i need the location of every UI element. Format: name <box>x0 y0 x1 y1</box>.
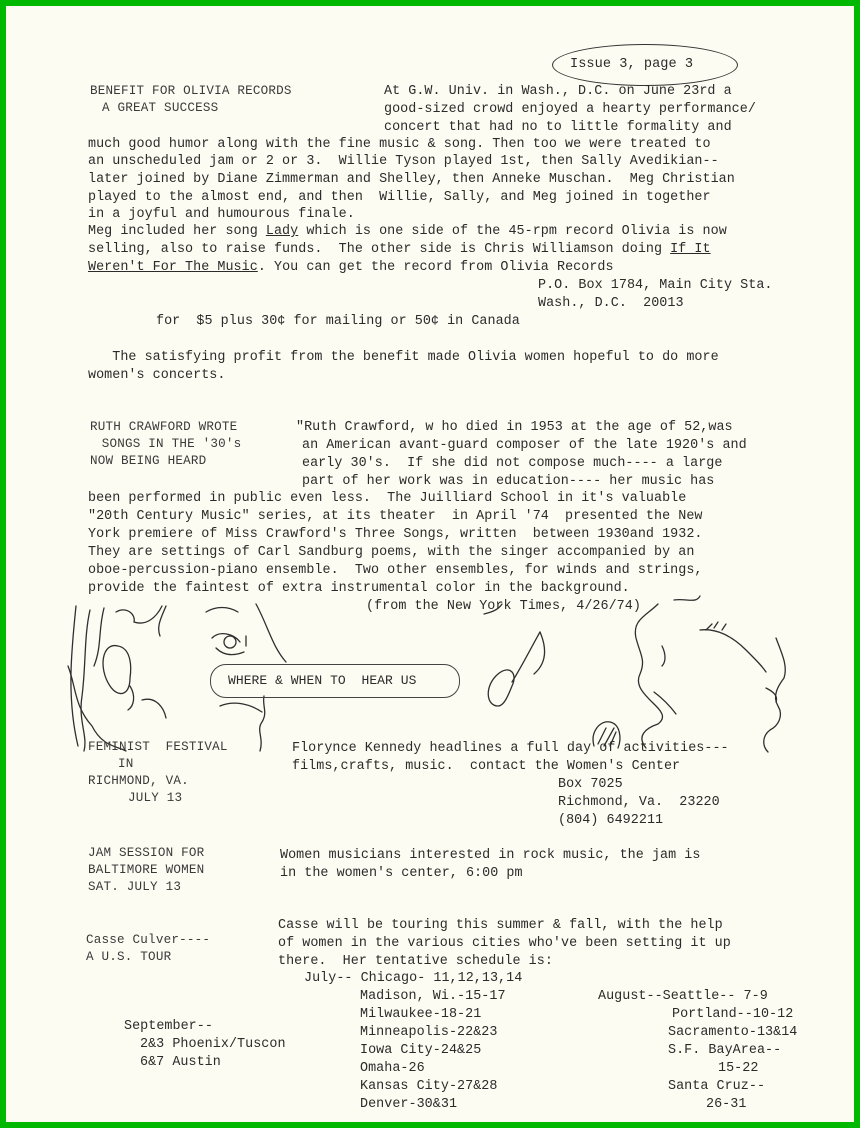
record-line-1: Meg included her song Lady which is one … <box>88 224 727 240</box>
olivia-line: much good humor along with the fine musi… <box>88 137 711 153</box>
july-schedule-item: Milwaukee-18-21 <box>360 1007 481 1023</box>
july-schedule-item: Denver-30&31 <box>360 1097 457 1113</box>
olivia-price: for $5 plus 30¢ for mailing or 50¢ in Ca… <box>156 314 520 330</box>
crawford-line: part of her work was in education---- he… <box>302 474 714 490</box>
song-title-part-1: If It <box>670 242 710 257</box>
festival-phone: (804) 6492211 <box>558 813 663 829</box>
crawford-line: oboe-percussion-piano ensemble. Two othe… <box>88 563 703 579</box>
jam-line: in the women's center, 6:00 pm <box>280 866 523 882</box>
song-title-lady: Lady <box>266 224 298 239</box>
crawford-headline-2: SONGS IN THE '30's <box>94 436 241 452</box>
jam-headline-2: BALTIMORE WOMEN <box>88 862 204 878</box>
july-schedule-item: Kansas City-27&28 <box>360 1079 497 1095</box>
olivia-line: later joined by Diane Zimmerman and Shel… <box>88 172 735 188</box>
festival-headline-1: FEMINIST FESTIVAL <box>88 739 228 755</box>
olivia-line: concert that had no to little formality … <box>384 120 732 136</box>
culver-headline-2: A U.S. TOUR <box>86 949 171 965</box>
crawford-headline-1: RUTH CRAWFORD WROTE <box>90 419 237 435</box>
september-schedule-item: 2&3 Phoenix/Tuscon <box>140 1037 286 1053</box>
crawford-line: "20th Century Music" series, at its thea… <box>88 509 703 525</box>
jam-headline-1: JAM SESSION FOR <box>88 845 204 861</box>
august-schedule-item: Portland--10-12 <box>672 1007 793 1023</box>
august-schedule-item: Santa Cruz-- <box>668 1079 765 1095</box>
crawford-line: early 30's. If she did not compose much-… <box>302 456 722 472</box>
crawford-line: They are settings of Carl Sandburg poems… <box>88 545 694 561</box>
festival-address-line: Box 7025 <box>558 777 623 793</box>
jam-headline-3: SAT. JULY 13 <box>88 879 181 895</box>
olivia-line: good-sized crowd enjoyed a hearty perfor… <box>384 102 756 118</box>
jam-line: Women musicians interested in rock music… <box>280 848 700 864</box>
crawford-line: York premiere of Miss Crawford's Three S… <box>88 527 703 543</box>
july-schedule-item: Omaha-26 <box>360 1061 425 1077</box>
festival-address-line: Richmond, Va. 23220 <box>558 795 720 811</box>
olivia-address-line: P.O. Box 1784, Main City Sta. <box>538 278 773 294</box>
olivia-headline-2: A GREAT SUCCESS <box>102 100 218 116</box>
issue-badge: Issue 3, page 3 <box>570 57 693 73</box>
crawford-line: provide the faintest of extra instrument… <box>88 581 630 597</box>
crawford-line: "Ruth Crawford, w ho died in 1953 at the… <box>296 420 733 436</box>
olivia-closing: women's concerts. <box>88 368 225 384</box>
august-schedule-item: August--Seattle-- 7-9 <box>598 989 768 1005</box>
olivia-address-line: Wash., D.C. 20013 <box>538 296 684 312</box>
culver-line: Casse will be touring this summer & fall… <box>278 918 723 934</box>
culver-line: of women in the various cities who've be… <box>278 936 731 952</box>
july-schedule-item: Minneapolis-22&23 <box>360 1025 497 1041</box>
festival-headline-4: JULY 13 <box>128 790 182 806</box>
song-title-part-2: Weren't For The Music <box>88 260 258 275</box>
olivia-line: an unscheduled jam or 2 or 3. Willie Tys… <box>88 154 719 170</box>
culver-line: there. Her tentative schedule is: <box>278 954 553 970</box>
where-when-banner: WHERE & WHEN TO HEAR US <box>228 673 416 689</box>
august-schedule-item: S.F. BayArea-- <box>668 1043 781 1059</box>
olivia-closing: The satisfying profit from the benefit m… <box>88 350 719 366</box>
record-line-2: selling, also to raise funds. The other … <box>88 242 711 258</box>
newsletter-page: Issue 3, page 3 BENEFIT FOR OLIVIA RECOR… <box>6 6 854 1122</box>
record-line-3: Weren't For The Music. You can get the r… <box>88 260 614 276</box>
july-schedule-item: July-- Chicago- 11,12,13,14 <box>304 971 522 987</box>
september-schedule-item: September-- <box>124 1019 213 1035</box>
crawford-headline-3: NOW BEING HEARD <box>90 453 206 469</box>
september-schedule-item: 6&7 Austin <box>140 1055 221 1071</box>
olivia-line: played to the almost end, and then Willi… <box>88 190 711 206</box>
july-schedule-item: Madison, Wi.-15-17 <box>360 989 506 1005</box>
festival-line: films,crafts, music. contact the Women's… <box>292 759 680 775</box>
festival-line: Florynce Kennedy headlines a full day of… <box>292 741 729 757</box>
festival-headline-3: RICHMOND, VA. <box>88 773 189 789</box>
culver-headline-1: Casse Culver---- <box>86 932 210 948</box>
july-schedule-item: Iowa City-24&25 <box>360 1043 481 1059</box>
crawford-line: been performed in public even less. The … <box>88 491 686 507</box>
august-schedule-item: 26-31 <box>706 1097 746 1113</box>
august-schedule-item: Sacramento-13&14 <box>668 1025 797 1041</box>
olivia-line: in a joyful and humourous finale. <box>88 207 355 223</box>
olivia-headline-1: BENEFIT FOR OLIVIA RECORDS <box>90 83 292 99</box>
august-schedule-item: 15-22 <box>718 1061 758 1077</box>
crawford-source: (from the New York Times, 4/26/74) <box>366 599 641 615</box>
olivia-line: At G.W. Univ. in Wash., D.C. on June 23r… <box>384 84 732 100</box>
crawford-line: an American avant-guard composer of the … <box>302 438 747 454</box>
festival-headline-2: IN <box>118 756 134 772</box>
